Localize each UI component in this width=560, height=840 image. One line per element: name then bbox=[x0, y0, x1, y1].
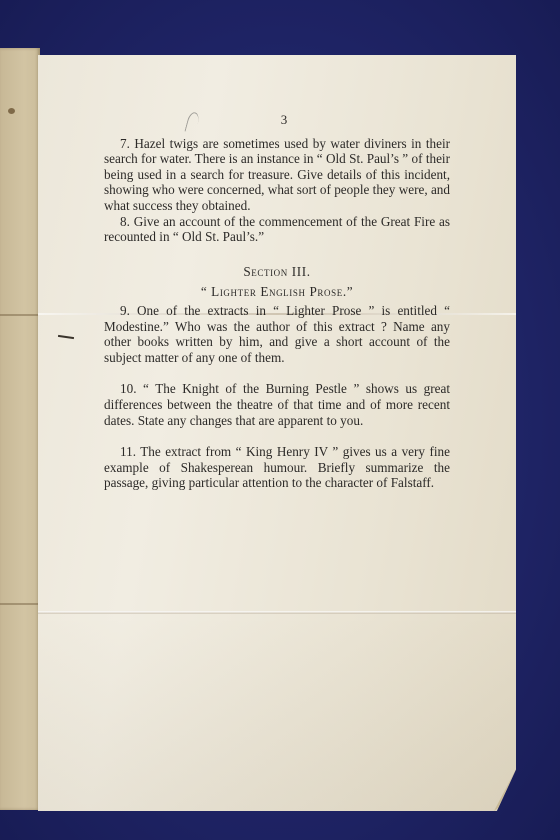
page-number: 3 bbox=[104, 112, 450, 128]
page-content: 3 7. Hazel twigs are sometimes used by w… bbox=[104, 112, 450, 491]
fold-line bbox=[38, 611, 516, 614]
page-lower-area bbox=[38, 615, 516, 815]
question-11: 11. The extract from “ King Henry IV ” g… bbox=[104, 444, 450, 491]
section-heading: Section III. bbox=[104, 264, 450, 280]
section-subheading: “ Lighter English Prose.” bbox=[104, 284, 450, 300]
fold-line bbox=[0, 603, 40, 605]
question-8: 8. Give an account of the commencement o… bbox=[104, 214, 450, 245]
fold-line bbox=[0, 314, 40, 316]
question-10: 10. “ The Knight of the Burning Pestle ”… bbox=[104, 381, 450, 428]
back-page bbox=[0, 48, 40, 810]
question-7: 7. Hazel twigs are sometimes used by wat… bbox=[104, 136, 450, 214]
question-9: 9. One of the extracts in “ Lighter Pros… bbox=[104, 303, 450, 365]
stain bbox=[8, 108, 15, 114]
